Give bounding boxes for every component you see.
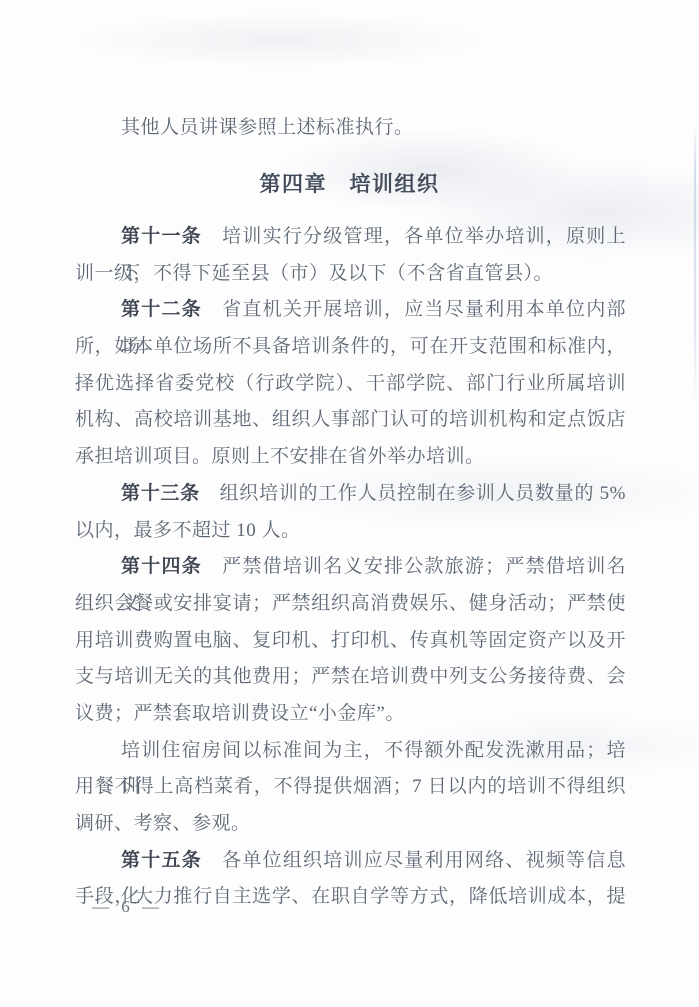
article-number: 第十二条 xyxy=(121,299,202,320)
text-line: 择优选择省委党校（行政学院）、干部学院、部门行业所属培训 xyxy=(75,366,626,403)
chapter-heading: 第四章 培训组织 xyxy=(0,166,699,203)
text-line: 第十一条 培训实行分级管理，各单位举办培训，原则上下 xyxy=(75,219,626,256)
text-line: 培训住宿房间以标准间为主，不得额外配发洗漱用品；培训 xyxy=(75,733,626,770)
text-line: 议费；严禁套取培训费设立“小金库”。 xyxy=(75,696,626,733)
text-line: 所，如本单位场所不具备培训条件的，可在开支范围和标准内， xyxy=(75,329,626,366)
text-line: 调研、考察、参观。 xyxy=(75,806,626,843)
text-line: 用培训费购置电脑、复印机、打印机、传真机等固定资产以及开 xyxy=(75,623,626,660)
page-number: — 6 — xyxy=(92,896,163,918)
text-line: 机构、高校培训基地、组织人事部门认可的培训机构和定点饭店 xyxy=(75,402,626,439)
scanned-document-page: 其他人员讲课参照上述标准执行。 第四章 培训组织 第十一条 培训实行分级管理，各… xyxy=(0,0,699,1007)
article-number: 第十一条 xyxy=(121,226,202,247)
text-line: 承担培训项目。原则上不安排在省外举办培训。 xyxy=(75,439,626,476)
article-number: 第十三条 xyxy=(121,483,200,504)
article-number: 第十五条 xyxy=(121,850,202,871)
article-number: 第十四条 xyxy=(121,556,202,577)
text-line: 第十二条 省直机关开展培训，应当尽量利用本单位内部场 xyxy=(75,292,626,329)
text-line: 支与培训无关的其他费用；严禁在培训费中列支公务接待费、会 xyxy=(75,659,626,696)
text-line: 第十三条 组织培训的工作人员控制在参训人员数量的 5% xyxy=(75,476,626,513)
document-body: 第十一条 培训实行分级管理，各单位举办培训，原则上下训一级，不得下延至县（市）及… xyxy=(75,219,626,916)
text-line: 训一级，不得下延至县（市）及以下（不含省直管县）。 xyxy=(75,256,626,293)
text-line: 组织会餐或安排宴请；严禁组织高消费娱乐、健身活动；严禁使 xyxy=(75,586,626,623)
text-line: 以内，最多不超过 10 人。 xyxy=(75,513,626,550)
text-line: 第十五条 各单位组织培训应尽量利用网络、视频等信息化 xyxy=(75,843,626,880)
text-line: 第十四条 严禁借培训名义安排公款旅游；严禁借培训名义 xyxy=(75,549,626,586)
continuation-paragraph-line: 其他人员讲课参照上述标准执行。 xyxy=(75,110,626,147)
text-line: 用餐不得上高档菜肴，不得提供烟酒；7 日以内的培训不得组织 xyxy=(75,769,626,806)
